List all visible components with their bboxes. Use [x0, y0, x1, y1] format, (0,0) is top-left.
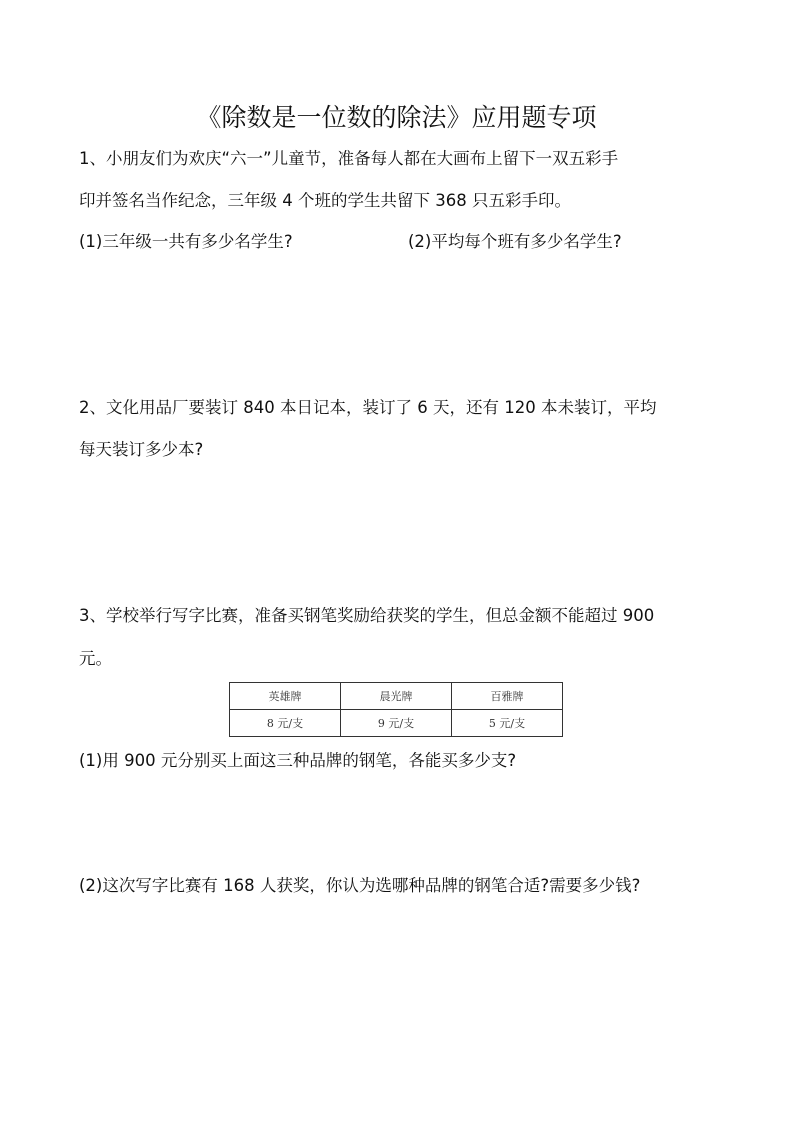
- price-chenguang: 9 元/支: [341, 710, 452, 737]
- brand-yingxiong: 英雄牌: [230, 683, 341, 710]
- question-1-sub-1: (1)三年级一共有多少名学生?: [79, 231, 293, 253]
- table-header-row: 英雄牌 晨光牌 百雅牌: [230, 683, 563, 710]
- question-1-line-1: 1、小朋友们为欢庆“六一”儿童节，准备每人都在大画布上留下一双五彩手: [79, 148, 618, 170]
- table-price-row: 8 元/支 9 元/支 5 元/支: [230, 710, 563, 737]
- price-baiya: 5 元/支: [452, 710, 563, 737]
- question-1-sub-2: (2)平均每个班有多少名学生?: [408, 231, 622, 253]
- question-3-line-1: 3、学校举行写字比赛，准备买钢笔奖励给获奖的学生，但总金额不能超过 900: [79, 605, 654, 627]
- question-2-line-1: 2、文化用品厂要装订 840 本日记本，装订了 6 天，还有 120 本未装订，…: [79, 397, 656, 419]
- question-3-sub-2: (2)这次写字比赛有 168 人获奖，你认为选哪种品牌的钢笔合适?需要多少钱?: [79, 875, 640, 897]
- page-title: 《除数是一位数的除法》应用题专项: [0, 100, 793, 136]
- brand-chenguang: 晨光牌: [341, 683, 452, 710]
- question-3-sub-1: (1)用 900 元分别买上面这三种品牌的钢笔，各能买多少支?: [79, 750, 516, 772]
- pen-price-table: 英雄牌 晨光牌 百雅牌 8 元/支 9 元/支 5 元/支: [229, 682, 563, 737]
- question-2-line-2: 每天装订多少本?: [79, 439, 203, 461]
- brand-baiya: 百雅牌: [452, 683, 563, 710]
- question-1-line-2: 印并签名当作纪念，三年级 4 个班的学生共留下 368 只五彩手印。: [79, 190, 571, 212]
- price-yingxiong: 8 元/支: [230, 710, 341, 737]
- question-3-line-2: 元。: [79, 648, 112, 670]
